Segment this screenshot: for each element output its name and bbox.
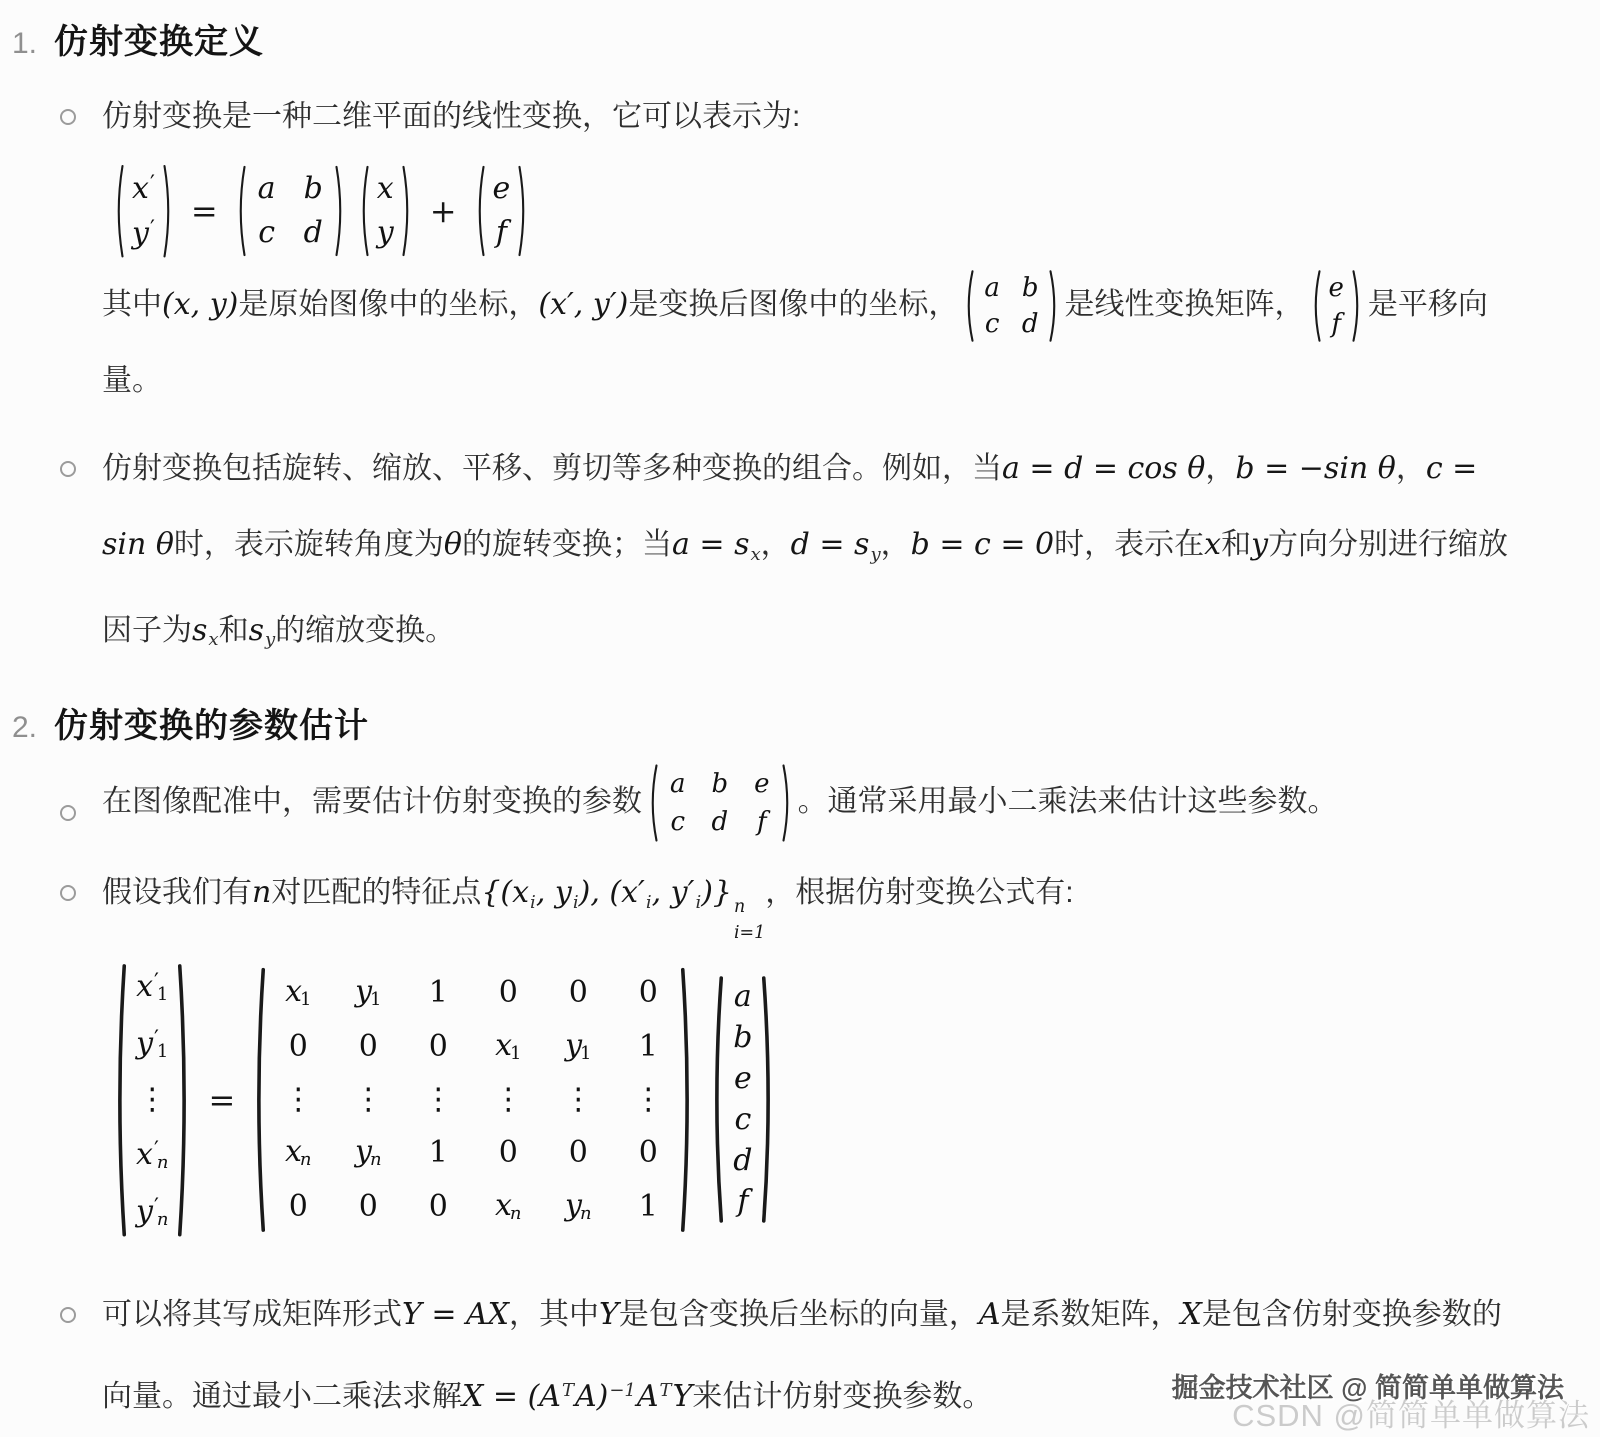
- right-paren-icon: [163, 163, 175, 259]
- math-segment: Y: [599, 1297, 619, 1332]
- document: 1. 仿射变换定义 仿射变换是一种二维平面的线性变换，它可以表示为: x′y′ …: [0, 0, 1600, 1437]
- math-segment: b = −sin θ: [1235, 451, 1395, 486]
- math-segment: y: [1251, 527, 1268, 562]
- text-segment: 和: [219, 614, 249, 647]
- text-segment: ，: [1396, 452, 1426, 485]
- text-segment: 来估计仿射变换参数。: [692, 1380, 992, 1413]
- matrix-cell: xn: [285, 1137, 312, 1169]
- math-segment: θ: [444, 527, 462, 562]
- matrix-cell: y′: [132, 218, 155, 249]
- matrix-cell: 0: [429, 1192, 448, 1222]
- matrix-cell: 0: [499, 1138, 518, 1168]
- matrix-cell: d: [1022, 311, 1039, 337]
- text-segment: 可以将其写成矩阵形式: [102, 1298, 402, 1331]
- matrix-cell: 1: [639, 1032, 658, 1062]
- matrix-cell: x1: [285, 977, 311, 1009]
- bullet-circle-icon: [60, 805, 76, 821]
- matrix-cell: b: [1022, 275, 1039, 301]
- equals-sign: =: [208, 1081, 235, 1119]
- right-paren-icon: [762, 970, 776, 1229]
- matrix-cell: d: [712, 809, 729, 835]
- text-segment: ，根据仿射变换公式有:: [765, 876, 1073, 909]
- text-segment: 时，表示旋转角度为: [174, 528, 444, 561]
- math-segment: d = s: [791, 527, 870, 562]
- matrix-cell: e: [734, 1064, 752, 1094]
- matrix-cell: xn: [495, 1191, 522, 1223]
- bullet-body: 仿射变换包括旋转、缩放、平移、剪切等多种变换的组合。例如，当a = d = co…: [102, 431, 1536, 678]
- bullet-parameter-estimation: 在图像配准中，需要估计仿射变换的参数abecdf。通常采用最小二乘法来估计这些参…: [60, 763, 1536, 843]
- text-segment: ，: [1205, 452, 1235, 485]
- math-brace: )}: [701, 875, 732, 910]
- right-paren-icon: [782, 763, 794, 843]
- math-segment: s: [192, 613, 207, 648]
- stack-subscript: i=1: [734, 925, 765, 942]
- matrix-cell: 0: [569, 978, 588, 1008]
- bullet-affine-examples: 仿射变换包括旋转、缩放、平移、剪切等多种变换的组合。例如，当a = d = co…: [60, 431, 1536, 678]
- right-paren-icon: [518, 164, 530, 258]
- vector-cells: x′1y′1⋮x′ny′n: [126, 957, 178, 1244]
- matrix-cell: e: [754, 771, 769, 797]
- matrix-cells: abecdf: [658, 763, 782, 843]
- matrix-cell: b: [304, 174, 323, 204]
- matrix-cell: ⋮: [137, 1085, 167, 1115]
- bullet-circle-icon: [60, 109, 76, 125]
- matrix-cell: ⋮: [493, 1085, 523, 1115]
- right-paren-icon: [178, 957, 192, 1244]
- matrix-cell: y′n: [136, 1196, 168, 1229]
- left-paren-icon: [1309, 269, 1321, 343]
- matrix-cell: c: [258, 218, 275, 248]
- matrix-cell: x′n: [136, 1139, 168, 1172]
- matrix-cell: c: [734, 1105, 751, 1135]
- bullet-circle-icon: [60, 885, 76, 901]
- matrix-cell: c: [985, 311, 1000, 337]
- matrix-cell: 0: [639, 978, 658, 1008]
- matrix-cell: x: [377, 174, 394, 204]
- matrix-cell: 0: [499, 978, 518, 1008]
- least-squares-matrix-equation: x′1y′1⋮x′ny′n = x1y11000000x1y11⋮⋮⋮⋮⋮⋮xn…: [112, 957, 1526, 1244]
- vector-cells: xy: [369, 164, 402, 258]
- matrix-cell: x′: [132, 173, 155, 204]
- matrix-cell: 1: [429, 978, 448, 1008]
- matrix-cell: b: [733, 1023, 752, 1053]
- bullet-circle-icon: [60, 1307, 76, 1323]
- left-paren-icon: [112, 163, 124, 259]
- matrix-cell: a: [670, 771, 686, 797]
- bullet-circle-icon: [60, 461, 76, 477]
- section-2-heading: 2. 仿射变换的参数估计: [12, 698, 1536, 747]
- math-segment: a = s: [672, 527, 750, 562]
- math-segment: (x, y): [162, 287, 238, 322]
- matrix-cell: 0: [289, 1192, 308, 1222]
- bullet-body: 假设我们有n对匹配的特征点{(xi, yi), (x′i, y′i)}ni=1，…: [102, 855, 1536, 1265]
- text-segment: ，: [881, 528, 911, 561]
- text-segment: 是包含变换后坐标的向量，: [619, 1298, 979, 1331]
- matrix-cell: y: [377, 218, 394, 248]
- matrix-cells: abcd: [246, 164, 335, 258]
- text-segment: 在图像配准中，需要估计仿射变换的参数: [102, 785, 642, 818]
- text-segment: 对匹配的特征点: [271, 876, 481, 909]
- math-segment: , y′: [652, 875, 695, 910]
- math-superscript: T: [562, 1380, 574, 1401]
- matrix-cell: ⋮: [563, 1085, 593, 1115]
- matrix-cell: e: [493, 174, 511, 204]
- math-segment: s: [249, 613, 264, 648]
- vector-cells: ef: [485, 164, 519, 258]
- text-segment: 。通常采用最小二乘法来估计这些参数。: [798, 785, 1338, 818]
- text-segment: 仿射变换是一种二维平面的线性变换，它可以表示为:: [102, 100, 800, 133]
- matrix-cell: a: [258, 174, 276, 204]
- vector-xy-prime: x′y′: [112, 163, 175, 259]
- left-paren-icon: [709, 970, 723, 1229]
- matrix-cell: x′1: [136, 971, 168, 1004]
- matrix-cell: y1: [355, 977, 381, 1009]
- feature-points-text: 假设我们有n对匹配的特征点{(xi, yi), (x′i, y′i)}ni=1，…: [102, 855, 1526, 942]
- vector-ef: ef: [473, 164, 531, 258]
- stack-superscript: n: [734, 899, 745, 916]
- bullet-affine-definition: 仿射变换是一种二维平面的线性变换，它可以表示为: x′y′ = abcd xy …: [60, 79, 1536, 419]
- left-paren-icon: [357, 164, 369, 258]
- matrix-cell: c: [670, 809, 685, 835]
- section-2-number: 2.: [12, 711, 54, 745]
- matrix-cell: 0: [429, 1032, 448, 1062]
- equals-sign: =: [191, 192, 218, 230]
- affine-intro-text: 仿射变换是一种二维平面的线性变换，它可以表示为:: [102, 79, 1526, 155]
- matrix-cell: e: [1329, 275, 1344, 301]
- matrix-abcd: abcd: [234, 164, 347, 258]
- math-subscript: x: [750, 544, 760, 565]
- matrix-cell: 1: [639, 1192, 658, 1222]
- left-paren-icon: [251, 961, 265, 1239]
- math-segment: x′: [621, 875, 645, 910]
- math-segment: A: [637, 1379, 659, 1414]
- section-1-number: 1.: [12, 27, 54, 61]
- matrix-cell: d: [733, 1146, 752, 1176]
- math-segment: A: [979, 1297, 1001, 1332]
- matrix-cell: ⋮: [423, 1085, 453, 1115]
- matrix-cell: 0: [569, 1138, 588, 1168]
- matrix-cell: y′1: [136, 1028, 168, 1061]
- math-segment: Y: [673, 1379, 693, 1414]
- math-segment: x: [512, 875, 529, 910]
- math-segment: x: [1204, 527, 1221, 562]
- left-paren-icon: [646, 763, 658, 843]
- vector-cells: x′y′: [124, 163, 163, 259]
- section-1-title: 仿射变换定义: [54, 14, 264, 63]
- matrix-cell: b: [712, 771, 729, 797]
- right-paren-icon: [681, 961, 695, 1239]
- text-segment: 的缩放变换。: [275, 614, 455, 647]
- matrix-param-2x3: abecdf: [646, 763, 794, 843]
- matrix-cell: ⋮: [633, 1085, 663, 1115]
- left-paren-icon: [962, 269, 974, 343]
- bullet-body: 仿射变换是一种二维平面的线性变换，它可以表示为: x′y′ = abcd xy …: [102, 79, 1536, 419]
- section-2-title: 仿射变换的参数估计: [54, 698, 369, 747]
- matrix-cell: f: [496, 218, 507, 248]
- text-segment: 时，表示在: [1054, 528, 1204, 561]
- matrix-cell: 0: [359, 1192, 378, 1222]
- left-paren-icon: [473, 164, 485, 258]
- math-segment: b = c = 0: [911, 527, 1055, 562]
- math-superscript: −1: [609, 1380, 636, 1401]
- super-subscript-stack: ni=1: [734, 899, 765, 943]
- math-segment: X = (A: [462, 1379, 561, 1414]
- math-segment: A): [575, 1379, 608, 1414]
- text-segment: 其中: [102, 288, 162, 321]
- bullet-feature-points: 假设我们有n对匹配的特征点{(xi, yi), (x′i, y′i)}ni=1，…: [60, 855, 1536, 1265]
- matrix-cell: a: [734, 982, 752, 1012]
- text-segment: ，: [761, 528, 791, 561]
- math-subscript: y: [870, 544, 880, 565]
- vector-ef-inline: ef: [1309, 269, 1364, 343]
- math-segment: ), (: [579, 875, 621, 910]
- matrix-cell: f: [737, 1187, 748, 1217]
- vector-Y-big: x′1y′1⋮x′ny′n: [112, 957, 192, 1244]
- right-paren-icon: [335, 164, 347, 258]
- math-brace: {(: [481, 875, 512, 910]
- math-subscript: x: [208, 629, 218, 650]
- matrix-cell: a: [984, 275, 1000, 301]
- text-segment: 假设我们有: [102, 876, 252, 909]
- text-segment: 是原始图像中的坐标，: [238, 288, 538, 321]
- left-paren-icon: [112, 957, 126, 1244]
- text-segment: 是变换后图像中的坐标，: [628, 288, 958, 321]
- vector-cells: abecdf: [723, 970, 762, 1229]
- matrix-cell: d: [304, 218, 323, 248]
- vector-X-big: abecdf: [709, 970, 776, 1229]
- section-1-heading: 1. 仿射变换定义: [12, 14, 1536, 63]
- text-segment: 仿射变换包括旋转、缩放、平移、剪切等多种变换的组合。例如，当: [102, 452, 1002, 485]
- affine-explanation-text: 其中(x, y)是原始图像中的坐标，(x′, y′)是变换后图像中的坐标，abc…: [102, 267, 1526, 419]
- matrix-cells: x1y11000000x1y11⋮⋮⋮⋮⋮⋮xnyn1000000xnyn1: [265, 961, 681, 1239]
- matrix-cell: yn: [355, 1137, 382, 1169]
- text-segment: 和: [1221, 528, 1251, 561]
- text-segment: ，其中: [509, 1298, 599, 1331]
- bullet-body: 在图像配准中，需要估计仿射变换的参数abecdf。通常采用最小二乘法来估计这些参…: [102, 763, 1536, 843]
- right-paren-icon: [1352, 269, 1364, 343]
- watermark-csdn: CSDN @简简单单做算法: [1232, 1390, 1590, 1435]
- matrix-cell: f: [1331, 311, 1341, 337]
- matrix-cell: x1: [495, 1031, 521, 1063]
- matrix-cell: yn: [565, 1191, 592, 1223]
- matrix-cell: 0: [359, 1032, 378, 1062]
- matrix-cell: ⋮: [353, 1085, 383, 1115]
- matrix-cells: abcd: [974, 269, 1048, 343]
- math-segment: Y = AX: [402, 1297, 509, 1332]
- text-segment: 的旋转变换；当: [462, 528, 672, 561]
- math-segment: X: [1181, 1297, 1202, 1332]
- matrix-cell: 0: [639, 1138, 658, 1168]
- matrix-cell: 1: [429, 1138, 448, 1168]
- math-segment: , y: [536, 875, 572, 910]
- matrix-cell: 0: [289, 1032, 308, 1062]
- matrix-cell: f: [757, 809, 767, 835]
- affine-transform-formula: x′y′ = abcd xy + ef: [112, 163, 1526, 259]
- affine-examples-text: 仿射变换包括旋转、缩放、平移、剪切等多种变换的组合。例如，当a = d = co…: [102, 431, 1526, 678]
- math-segment: a = d = cos θ: [1002, 451, 1205, 486]
- vector-xy: xy: [357, 164, 414, 258]
- math-superscript: T: [660, 1380, 672, 1401]
- vector-cells: ef: [1321, 269, 1352, 343]
- matrix-cell: ⋮: [283, 1085, 313, 1115]
- math-segment: (x′, y′): [538, 287, 628, 322]
- math-subscript: y: [265, 629, 275, 650]
- registration-text: 在图像配准中，需要估计仿射变换的参数abecdf。通常采用最小二乘法来估计这些参…: [102, 763, 1526, 843]
- right-paren-icon: [1049, 269, 1061, 343]
- left-paren-icon: [234, 164, 246, 258]
- matrix-abcd-inline: abcd: [962, 269, 1060, 343]
- text-segment: 是系数矩阵，: [1001, 1298, 1181, 1331]
- matrix-cell: y1: [565, 1031, 591, 1063]
- math-segment: n: [252, 875, 271, 910]
- matrix-A-big: x1y11000000x1y11⋮⋮⋮⋮⋮⋮xnyn1000000xnyn1: [251, 961, 695, 1239]
- plus-sign: +: [430, 192, 457, 230]
- right-paren-icon: [402, 164, 414, 258]
- text-segment: 是线性变换矩阵，: [1065, 288, 1305, 321]
